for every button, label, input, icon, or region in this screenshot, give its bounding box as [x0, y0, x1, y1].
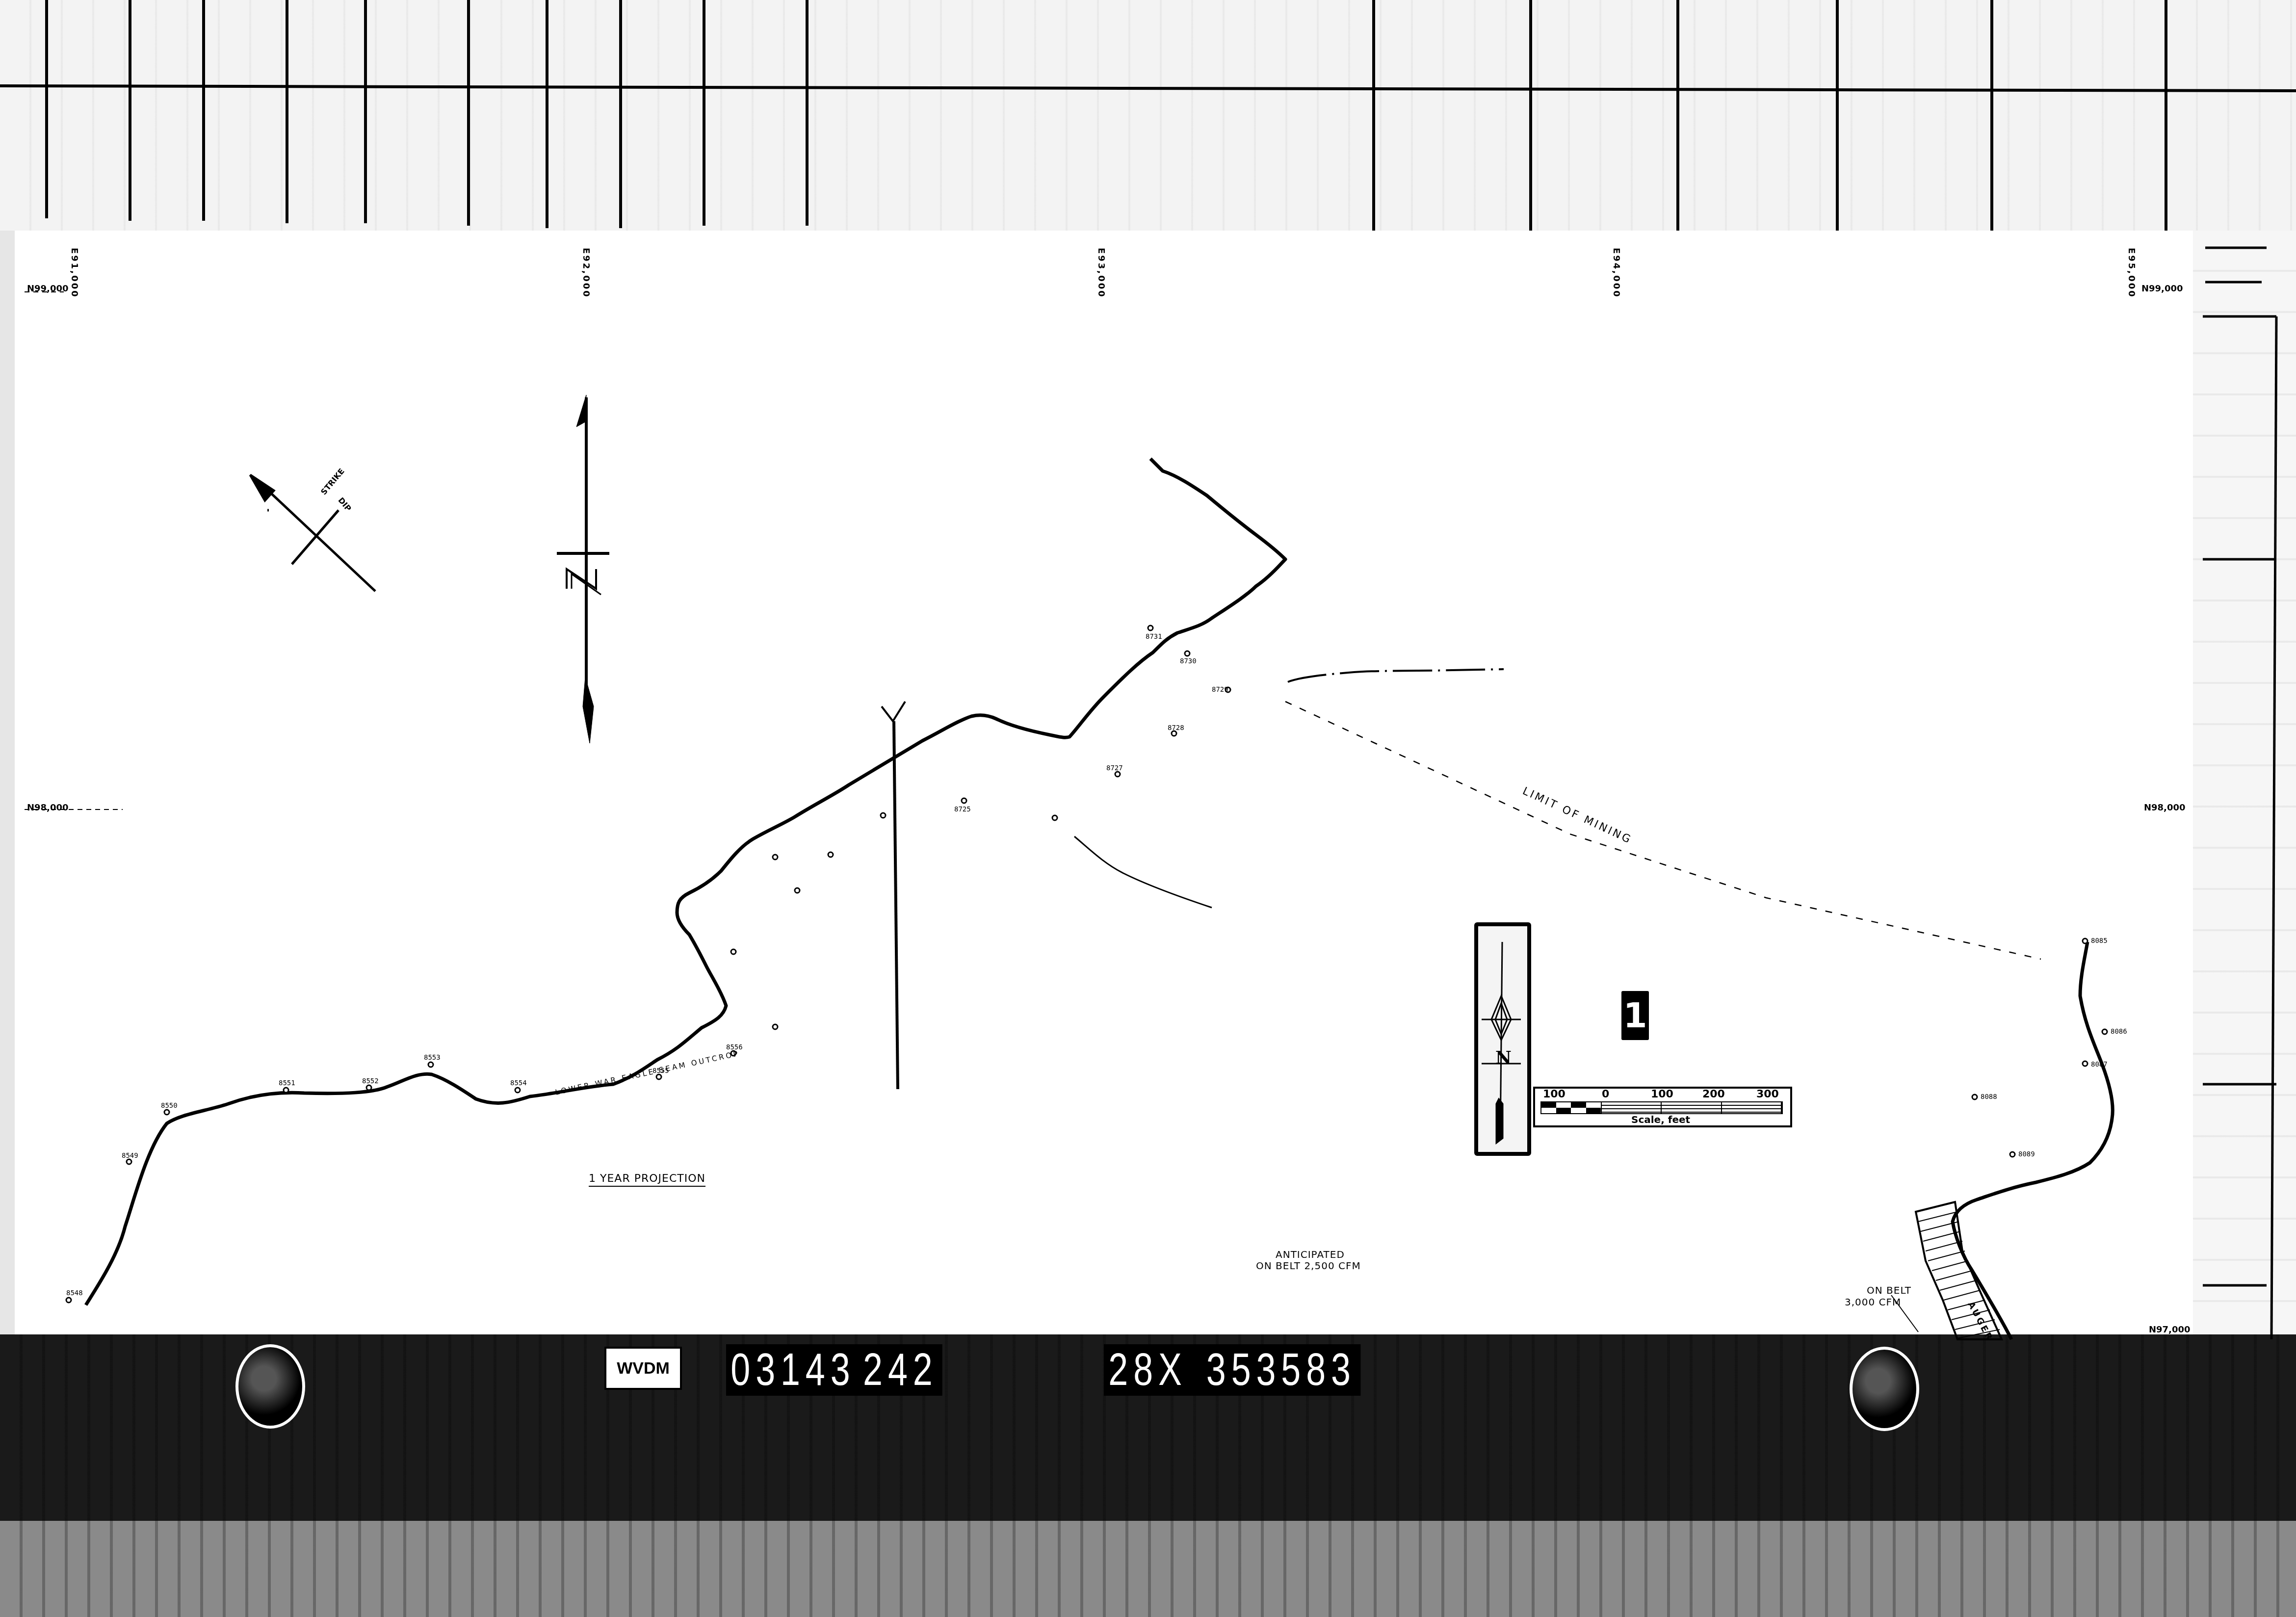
document-id: 353583: [1206, 1344, 1356, 1396]
reel-hole-left: [235, 1344, 305, 1429]
scale-tick: 200: [1702, 1088, 1725, 1100]
film-tag: WVDM: [604, 1347, 682, 1390]
scale-segment: [1602, 1102, 1662, 1113]
film-reel-number: 03143 242: [726, 1344, 942, 1396]
scale-tick: 100: [1651, 1088, 1673, 1100]
scale-tick: 300: [1756, 1088, 1779, 1100]
scale-tick: 100: [1543, 1088, 1565, 1100]
scale-title: Scale, feet: [1631, 1114, 1690, 1125]
reel-number: 03143: [731, 1344, 855, 1396]
reel-hole-right: [1850, 1347, 1919, 1431]
scale-tick: 0: [1602, 1088, 1609, 1100]
scale-segment: [1662, 1102, 1722, 1113]
north-letter: N: [1495, 1047, 1512, 1068]
film-document-id: 28X 353583: [1104, 1344, 1360, 1396]
reduction-ratio: 28X: [1108, 1344, 1187, 1396]
frame-id: 242: [863, 1344, 938, 1396]
frame-number: 1: [1621, 991, 1649, 1040]
scale-bar: [1540, 1101, 1783, 1114]
scale-segment: [1541, 1102, 1602, 1113]
scale-segment: [1722, 1102, 1782, 1113]
